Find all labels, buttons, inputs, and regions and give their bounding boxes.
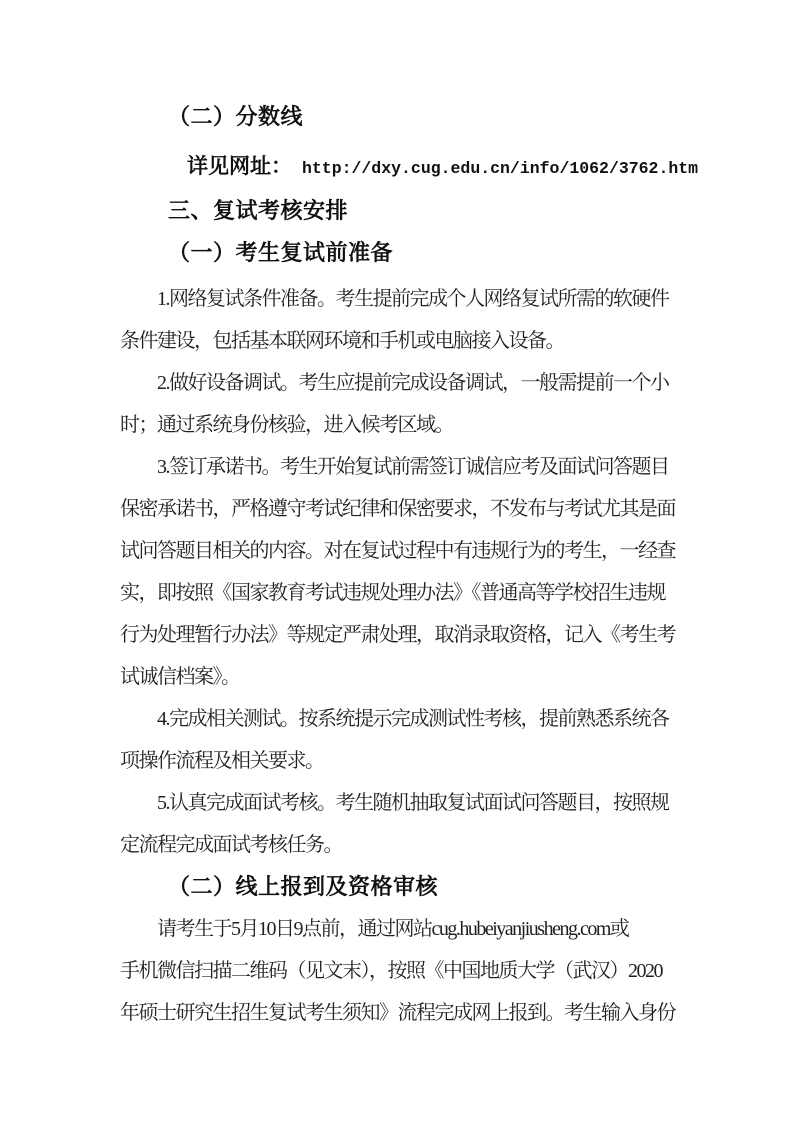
paragraph-complete-tests: 4.完成相关测试。按系统提示完成测试性考核，提前熟悉系统各 项操作流程及相关要求… bbox=[120, 698, 783, 782]
paragraph-interview-assessment: 5.认真完成面试考核。考生随机抽取复试面试问答题目，按照规 定流程完成面试考核任… bbox=[120, 782, 783, 866]
document-page: （二）分数线 详见网址：http://dxy.cug.edu.cn/info/1… bbox=[0, 0, 793, 1121]
paragraph-network-conditions: 1.网络复试条件准备。考生提前完成个人网络复试所需的软硬件 条件建设，包括基本联… bbox=[120, 278, 783, 362]
paragraph-device-debugging: 2.做好设备调试。考生应提前完成设备调试，一般需提前一个小 时；通过系统身份核验… bbox=[120, 362, 783, 446]
heading-candidate-preparation: （一）考生复试前准备 bbox=[120, 232, 783, 274]
heading-score-line: （二）分数线 bbox=[120, 96, 783, 138]
paragraph-commitment-letter: 3.签订承诺书。考生开始复试前需签订诚信应考及面试问答题目 保密承诺书，严格遵守… bbox=[120, 446, 783, 698]
heading-review-arrangement: 三、复试考核安排 bbox=[120, 190, 783, 232]
url-line: 详见网址：http://dxy.cug.edu.cn/info/1062/376… bbox=[120, 146, 783, 190]
heading-online-checkin: （二）线上报到及资格审核 bbox=[120, 866, 783, 908]
url-label: 详见网址： bbox=[187, 155, 292, 178]
paragraph-checkin-instructions: 请考生于5月10日9点前，通过网站cug.hubeiyanjiusheng.co… bbox=[120, 908, 783, 1034]
url-text: http://dxy.cug.edu.cn/info/1062/3762.htm bbox=[302, 159, 698, 178]
